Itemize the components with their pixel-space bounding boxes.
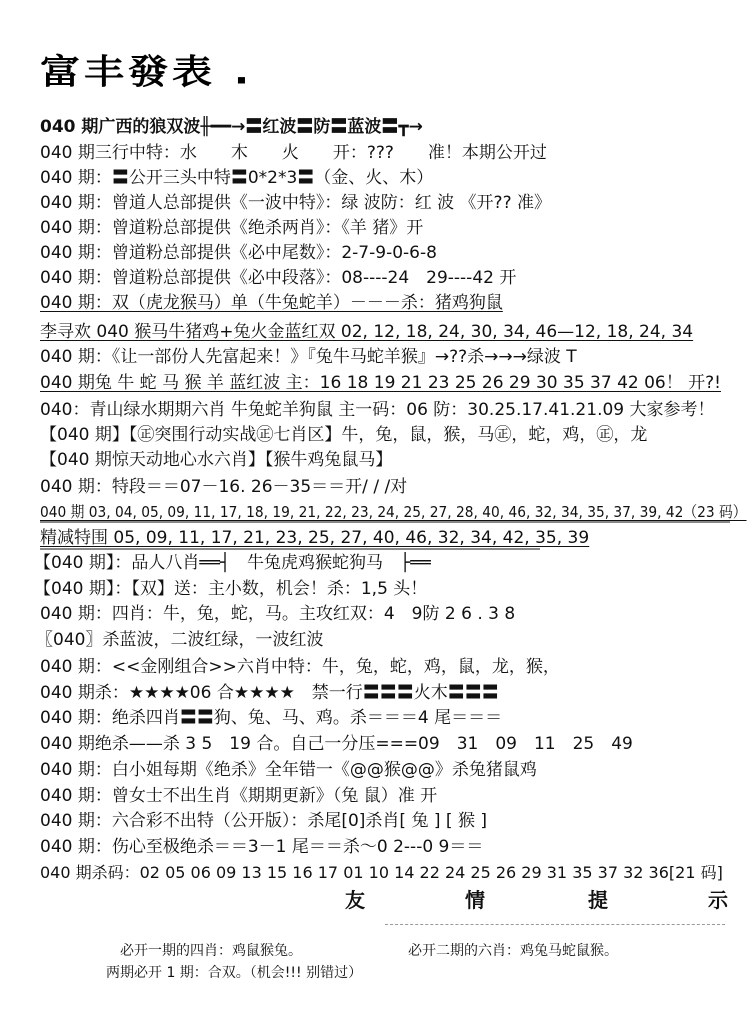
page-title: 富丰發表 .: [40, 45, 253, 93]
line-absolute-kill: 040 期绝杀——杀 3 5 19 合。自己一分压===09 31 09 11 …: [40, 733, 633, 755]
line-four-zodiac: 040 期：四肖：牛，兔，蛇，马。主攻红双：4 9防 2 6 . 3 8: [40, 603, 515, 625]
line-no-special: 040 期：六合彩不出特（公开版）：杀尾[0]杀肖[ 兔 ] [ 猴 ]: [40, 810, 487, 832]
line-segments: 040 期：曾道粉总部提供《必中段落》：08----24 29----42 开: [40, 267, 516, 289]
line-double-gift: 【040 期】：【双】送：主小数，机会！杀：1,5 头！: [34, 578, 427, 600]
friendly-tip-char: 友: [345, 884, 365, 913]
line-guangxi-wave: 040 期广西的狼双波╫━━→〓红波〓防〓蓝波〓┳→: [40, 116, 423, 138]
line-li-xunhuan: 李寻欢 040 猴马牛猪鸡+兔火金蓝红双 02, 12, 18, 24, 30,…: [40, 321, 693, 343]
line-six-zodiac: 【040 期惊天动地心水六肖】【猴牛鸡兔鼠马】: [40, 449, 392, 471]
divider: [40, 521, 730, 523]
line-refined-range: 精减特围 05, 09, 11, 17, 21, 23, 25, 27, 40,…: [40, 527, 589, 549]
line-special-segment: 040 期：特段＝＝07－16. 26－35＝＝开/ / /对: [40, 476, 407, 498]
friendly-tip-char: 提: [588, 884, 608, 913]
note-six-zodiac: 必开二期的六肖：鸡兔马蛇鼠猴。: [408, 940, 618, 960]
friendly-tip-char: 示: [708, 884, 728, 913]
divider: [40, 548, 540, 550]
divider: [385, 924, 725, 925]
line-kill-blue: 〖040〗杀蓝波，二波红绿，一波红波: [36, 629, 323, 651]
line-23-codes: 040 期 03, 04, 05, 09, 11, 17, 18, 19, 21…: [40, 501, 747, 523]
line-get-rich: 040 期：《让一部份人先富起来！》『兔牛马蛇羊猴』→??杀→→→绿波 T: [40, 346, 577, 368]
line-kill-two-zodiac: 040 期：曾道粉总部提供《绝杀两肖》：《羊 猪》开: [40, 217, 423, 239]
line-diamond-combo: 040 期：<<金刚组合>>六肖中特：牛，兔，蛇，鸡，鼠，龙，猴，: [40, 656, 560, 678]
line-miss-bai: 040 期：白小姐每期《绝杀》全年错一《@@猴@@》杀兔猪鼠鸡: [40, 759, 537, 781]
line-breakout: 【040 期】【㊣突围行动实战㊣七肖区】牛，兔，鼠，猴，马㊣，蛇，鸡，㊣，龙: [40, 424, 647, 446]
line-kill-codes: 040 期杀码：02 05 06 09 13 15 16 17 01 10 14…: [40, 862, 723, 884]
line-tail-numbers: 040 期：曾道粉总部提供《必中尾数》：2-7-9-0-6-8: [40, 242, 437, 264]
line-kill-four-zodiac: 040 期：绝杀四肖〓〓狗、兔、马、鸡。杀＝＝＝4 尾＝＝＝: [40, 707, 502, 729]
line-green-hills: 040：青山绿水期期六肖 牛兔蛇羊狗鼠 主一码：06 防：30.25.17.41…: [40, 399, 715, 421]
line-three-heads: 040 期：〓公开三头中特〓0*2*3〓（金、火、木）: [40, 167, 433, 189]
line-three-elements: 040 期三行中特：水 木 火 开：??? 准！本期公开过: [40, 142, 547, 164]
line-heartbreak: 040 期：伤心至极绝杀＝＝3－1 尾＝＝杀～0 2---0 9＝＝: [40, 836, 483, 858]
line-one-wave: 040 期：曾道人总部提供《一波中特》：绿 波防：红 波 《开?? 准》: [40, 192, 551, 214]
friendly-tip-char: 情: [465, 884, 485, 913]
line-ms-zeng: 040 期：曾女士不出生肖《期期更新》（兔 鼠）准 开: [40, 785, 437, 807]
note-four-zodiac: 必开一期的四肖：鸡鼠猴兔。: [120, 940, 302, 960]
line-main-numbers: 040 期兔 牛 蛇 马 猴 羊 蓝红波 主：16 18 19 21 23 25…: [40, 372, 721, 394]
line-double-single: 040 期：双（虎龙猴马）单（牛兔蛇羊）－－－杀：猪鸡狗鼠: [40, 292, 503, 314]
note-two-period: 两期必开 1 期：合双。（机会!!! 别错过）: [106, 962, 362, 982]
line-eight-zodiac: 【040 期】：品人八肖══┤ 牛兔虎鸡猴蛇狗马 ├══: [34, 552, 431, 574]
line-kill-stars: 040 期杀：★★★★06 合★★★★ 禁一行〓〓〓火木〓〓〓: [40, 682, 499, 704]
